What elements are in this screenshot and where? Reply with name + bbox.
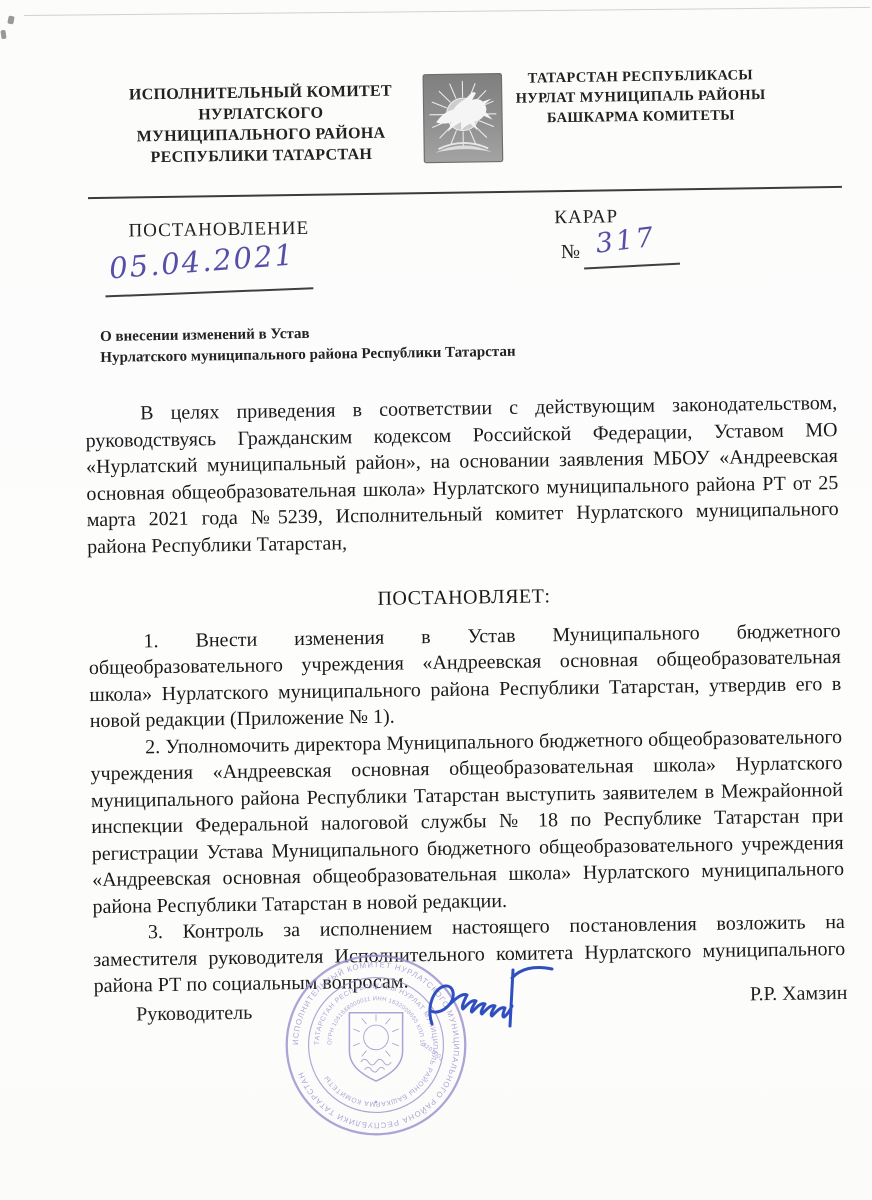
resolution-item-2: 2. Уполномочить директора Муниципального… bbox=[90, 723, 845, 920]
letterhead-org-tatar: ТАТАРСТАН РЕСПУБЛИКАСЫ НУРЛАТ МУНИЦИПАЛЬ… bbox=[490, 65, 791, 129]
org-ru-line4: РЕСПУБЛИКИ ТАТАРСТАН bbox=[105, 143, 417, 169]
letterhead-org-russian: ИСПОЛНИТЕЛЬНЫЙ КОМИТЕТ НУРЛАТСКОГО МУНИЦ… bbox=[104, 80, 417, 169]
handwritten-date: 05.04.2021 bbox=[108, 237, 296, 285]
signatory-title: Руководитель bbox=[136, 1002, 252, 1027]
preamble-paragraph: В целях приведения в соответствии с дейс… bbox=[85, 390, 839, 560]
subject-block: О внесении изменений в Устав Нурлатского… bbox=[100, 319, 661, 369]
date-underline bbox=[105, 287, 313, 297]
resolves-heading: ПОСТАНОВЛЯЕТ: bbox=[88, 579, 840, 617]
doc-type-tatar: КАРАР bbox=[554, 206, 618, 229]
signatory-name: Р.Р. Хамзин bbox=[750, 982, 848, 1006]
header-divider bbox=[88, 186, 842, 199]
scanned-document-page: ИСПОЛНИТЕЛЬНЫЙ КОМИТЕТ НУРЛАТСКОГО МУНИЦ… bbox=[0, 0, 872, 1200]
handwritten-number: 317 bbox=[594, 222, 658, 260]
body-text: В целях приведения в соответствии с дейс… bbox=[85, 390, 846, 1000]
number-sign-label: № bbox=[561, 241, 580, 264]
resolution-item-1: 1. Внести изменения в Устав Муниципально… bbox=[88, 618, 841, 735]
handwritten-signature bbox=[418, 952, 568, 1067]
number-underline bbox=[584, 263, 680, 270]
